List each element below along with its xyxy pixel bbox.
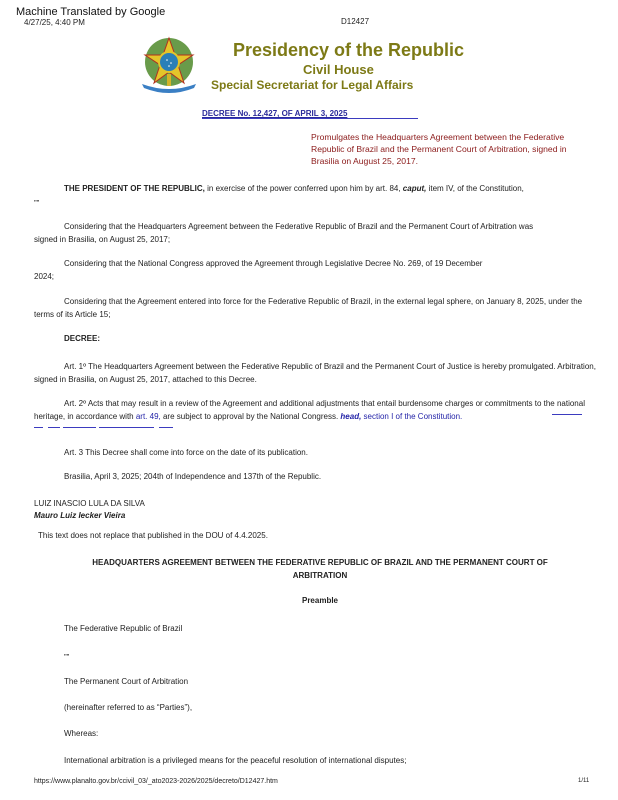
masthead-title: Presidency of the Republic [233, 40, 464, 61]
preamble-paragraph: THE PRESIDENT OF THE REPUBLIC, in exerci… [34, 183, 594, 196]
article-3: Art. 3 This Decree shall come into force… [64, 447, 308, 460]
article-2: Art. 2º Acts that may result in a review… [34, 398, 600, 423]
document-id: D12427 [341, 17, 369, 26]
link-underline [34, 427, 43, 428]
considering-2: Considering that the National Congress a… [34, 258, 484, 283]
masthead-subtitle: Civil House [303, 62, 374, 77]
head-link[interactable]: head, [340, 412, 361, 421]
link-underline [159, 427, 173, 428]
section-link[interactable]: section I of the Constitution. [361, 412, 462, 421]
preamble-caput: caput, [403, 184, 427, 193]
decree-label: DECREE: [64, 333, 100, 346]
link-underline [99, 427, 154, 428]
preamble-marker: ”” [34, 198, 39, 211]
agreement-title: HEADQUARTERS AGREEMENT BETWEEN THE FEDER… [70, 557, 570, 582]
brazil-coat-of-arms-icon [136, 32, 202, 98]
agreement-preamble-heading: Preamble [70, 595, 570, 608]
article-1: Art. 1º The Headquarters Agreement betwe… [34, 361, 600, 386]
link-underline [48, 427, 60, 428]
considering-1: Considering that the Headquarters Agreem… [34, 221, 546, 246]
print-timestamp: 4/27/25, 4:40 PM [24, 18, 85, 27]
whereas: Whereas: [64, 728, 98, 741]
preamble-text-b: item IV, of the Constitution, [426, 184, 524, 193]
article-2-text-b: are subject to approval by the National … [161, 412, 341, 421]
decree-title-link[interactable]: DECREE No. 12,427, OF APRIL 3, 2025 [202, 109, 347, 118]
party-marker: ”” [64, 652, 69, 665]
preamble-text-a: in exercise of the power conferred upon … [205, 184, 403, 193]
signatory-minister: Mauro Luiz Iecker Vieira [34, 510, 125, 523]
link-underline [63, 427, 96, 428]
party-brazil: The Federative Republic of Brazil [64, 623, 182, 636]
link-underline [552, 414, 582, 415]
footer-url: https://www.planalto.gov.br/ccivil_03/_a… [34, 778, 278, 785]
page-number: 1/11 [578, 778, 589, 784]
party-pca: The Permanent Court of Arbitration [64, 676, 188, 689]
dou-notice: This text does not replace that publishe… [38, 530, 268, 543]
decree-title-underline [202, 118, 418, 119]
decree-ementa: Promulgates the Headquarters Agreement b… [311, 131, 581, 167]
place-date: Brasilia, April 3, 2025; 204th of Indepe… [64, 471, 321, 484]
masthead-secretariat: Special Secretariat for Legal Affairs [211, 78, 413, 92]
art-49-link[interactable]: art. 49, [136, 412, 161, 421]
first-clause: International arbitration is a privilege… [64, 755, 406, 768]
machine-translated-banner: Machine Translated by Google [16, 6, 165, 18]
parties-note: (hereinafter referred to as “Parties”), [64, 702, 192, 715]
considering-3: Considering that the Agreement entered i… [34, 296, 596, 321]
preamble-lead: THE PRESIDENT OF THE REPUBLIC, [34, 184, 205, 193]
signatory-president: LUIZ INASCIO LULA DA SILVA [34, 498, 145, 511]
